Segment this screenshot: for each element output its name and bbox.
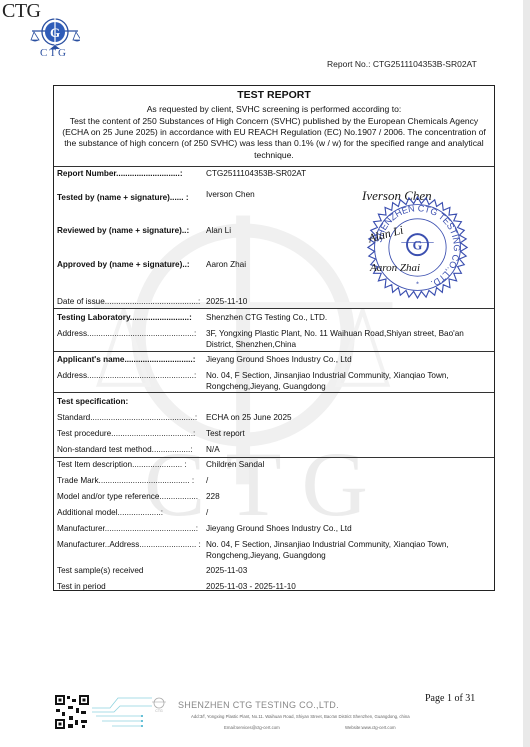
- divider: [54, 308, 494, 309]
- company-seal-stamp-icon: SHENZHEN CTG TESTING CO.,LTD. G *: [365, 195, 470, 300]
- svg-text:*: *: [416, 280, 419, 289]
- decorative-lines-icon: [92, 692, 152, 732]
- footer-company-name: SHENZHEN CTG TESTING CO.,LTD.: [178, 700, 339, 710]
- ctg-footer-logo-icon: CTG: [150, 695, 168, 713]
- footer-email: Email:services@ctg-cert.com: [224, 725, 280, 730]
- divider: [54, 166, 494, 167]
- svg-text:CTG: CTG: [155, 709, 163, 713]
- intro-line: As requested by client, SVHC screening i…: [54, 104, 494, 114]
- ctg-logo-subtext: CTG: [40, 47, 68, 59]
- divider: [54, 351, 494, 352]
- report-number-header: Report No.: CTG2511104353B-SR02AT: [327, 59, 477, 69]
- divider: [54, 392, 494, 393]
- qr-code-icon: [54, 694, 90, 730]
- divider: [54, 457, 494, 458]
- footer-address: Add:3/f, Yongxing Plastic Plant, No.11. …: [191, 714, 410, 719]
- page-edge-strip: [523, 0, 530, 747]
- svg-text:G: G: [413, 238, 423, 252]
- footer-website: Website:www.ctg-cert.com: [345, 725, 396, 730]
- intro-paragraph: Test the content of 250 Substances of Hi…: [56, 116, 492, 161]
- report-frame: CTG TEST REPORT As requested by client, …: [53, 85, 495, 591]
- report-title: TEST REPORT: [54, 89, 494, 101]
- page-number: Page 1 of 31: [425, 693, 475, 704]
- signature-approved: Aaron Zhai: [370, 262, 420, 274]
